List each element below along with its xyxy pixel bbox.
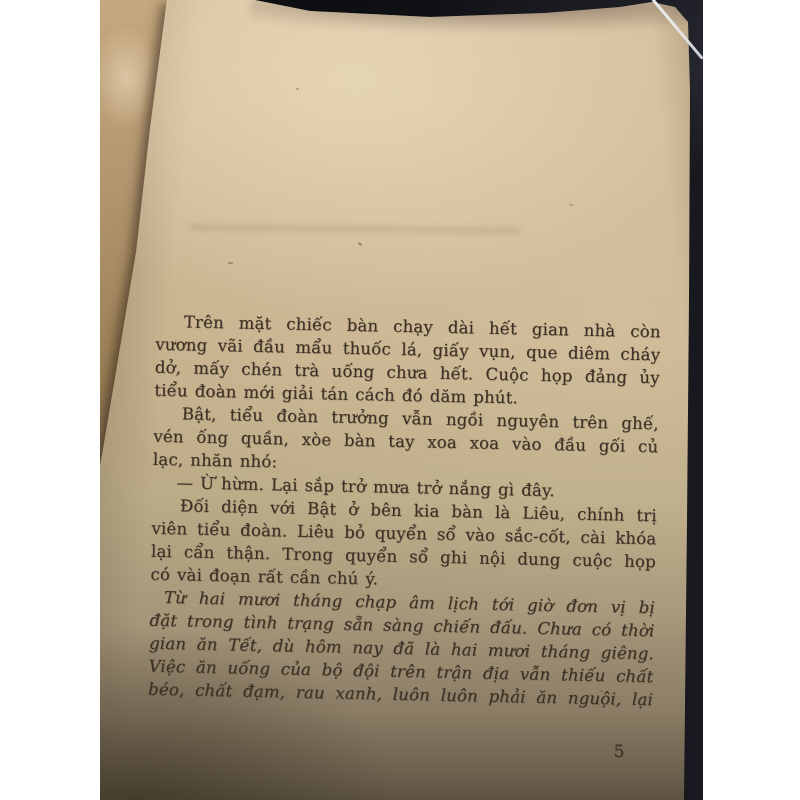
paper-smudge [190, 223, 520, 234]
paper-speck [228, 262, 233, 264]
paragraph-1: Trên mặt chiếc bàn chạy dài hết gian nhà… [154, 310, 661, 413]
photo-canvas: Trên mặt chiếc bàn chạy dài hết gian nhà… [0, 0, 800, 800]
page-number: 5 [597, 742, 641, 762]
page-text: Trên mặt chiếc bàn chạy dài hết gian nhà… [148, 310, 661, 711]
book-page-wrap: Trên mặt chiếc bàn chạy dài hết gian nhà… [100, 0, 703, 800]
book-photo: Trên mặt chiếc bàn chạy dài hết gian nhà… [100, 0, 703, 800]
paper-speck [296, 88, 300, 91]
book-page: Trên mặt chiếc bàn chạy dài hết gian nhà… [100, 0, 703, 800]
paper-speck [570, 204, 573, 206]
page-curl-shadow [250, 0, 695, 36]
paragraph-3: Đối diện với Bật ở bên kia bàn là Liêu, … [150, 494, 657, 597]
paper-speck [358, 242, 362, 246]
paragraph-2: Bật, tiểu đoàn trưởng vẫn ngồi nguyên tr… [153, 402, 659, 482]
paragraph-4-italic: Từ hai mươi tháng chạp âm lịch tới giờ đ… [148, 586, 655, 712]
